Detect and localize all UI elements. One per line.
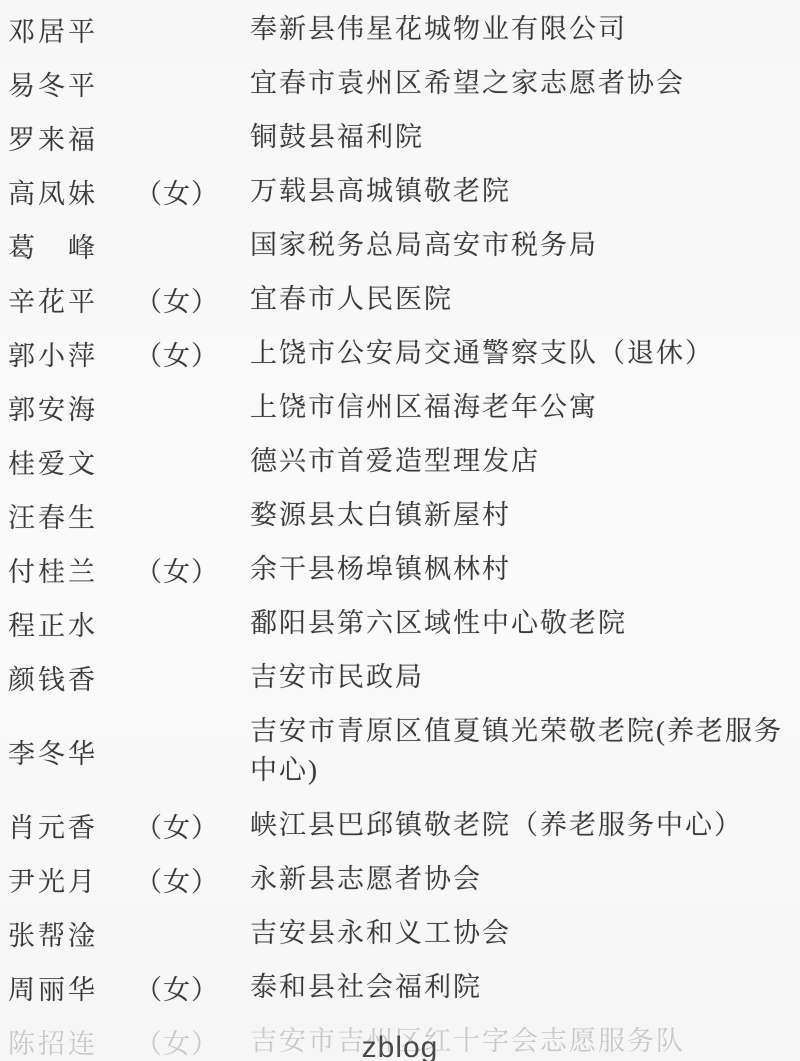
organization-name: 峡江县巴邱镇敬老院（养老服务中心）: [250, 806, 795, 845]
watermark: zblog: [362, 1031, 439, 1061]
person-name: 桂爱文: [8, 442, 135, 481]
organization-name: 上饶市公安局交通警察支队（退休）: [250, 334, 795, 373]
document-page: 邓居平 奉新县伟星花城物业有限公司 易冬平 宜春市袁州区希望之家志愿者协会 罗来…: [0, 0, 800, 1061]
list-row: 葛 峰 国家税务总局高安市税务局: [8, 218, 800, 272]
list-row: 付桂兰 （女） 余干县杨埠镇枫林村: [8, 542, 800, 596]
list-row: 桂爱文 德兴市首爱造型理发店: [8, 434, 800, 488]
organization-name: 德兴市首爱造型理发店: [250, 442, 795, 481]
organization-name: 吉安市民政局: [250, 658, 795, 697]
list-row: 肖元香 （女） 峡江县巴邱镇敬老院（养老服务中心）: [8, 798, 800, 852]
list-row: 颜钱香 吉安市民政局: [8, 650, 800, 704]
organization-name: 永新县志愿者协会: [250, 860, 795, 899]
person-name: 张帮淦: [8, 914, 135, 953]
list-row: 张帮淦 吉安县永和义工协会: [8, 906, 800, 960]
list-row: 郭小萍 （女） 上饶市公安局交通警察支队（退休）: [8, 326, 800, 380]
organization-name: 吉安市吉州区红十字会志愿服务队: [250, 1022, 795, 1061]
person-name: 郭安海: [8, 388, 135, 427]
list-row: 辛花平 （女） 宜春市人民医院: [8, 272, 800, 326]
gender-marker: （女）: [135, 172, 250, 211]
person-name: 程正水: [8, 604, 135, 643]
person-name: 陈招连: [8, 1022, 135, 1061]
list-row: 罗来福 铜鼓县福利院: [8, 110, 800, 164]
person-name: 辛花平: [8, 280, 135, 319]
gender-marker: （女）: [135, 280, 250, 319]
list-row: 尹光月 （女） 永新县志愿者协会: [8, 852, 800, 906]
organization-name: 万载县高城镇敬老院: [250, 172, 795, 211]
organization-name: 吉安县永和义工协会: [250, 914, 795, 953]
list-row: 李冬华 吉安市青原区值夏镇光荣敬老院(养老服务中心): [8, 704, 800, 798]
organization-name: 婺源县太白镇新屋村: [250, 496, 795, 535]
gender-marker: （女）: [135, 968, 250, 1007]
organization-name: 吉安市青原区值夏镇光荣敬老院(养老服务中心): [250, 712, 795, 790]
gender-marker: （女）: [135, 334, 250, 373]
list-row: 高凤妹 （女） 万载县高城镇敬老院: [8, 164, 800, 218]
list-row: 邓居平 奉新县伟星花城物业有限公司: [8, 2, 800, 56]
person-name: 汪春生: [8, 496, 135, 535]
rows-container: 邓居平 奉新县伟星花城物业有限公司 易冬平 宜春市袁州区希望之家志愿者协会 罗来…: [0, 0, 800, 1061]
list-row: 周丽华 （女） 泰和县社会福利院: [8, 960, 800, 1014]
person-name: 李冬华: [8, 732, 135, 771]
organization-name: 鄱阳县第六区域性中心敬老院: [250, 604, 795, 643]
gender-marker: （女）: [135, 806, 250, 845]
organization-name: 铜鼓县福利院: [250, 118, 795, 157]
organization-name: 宜春市袁州区希望之家志愿者协会: [250, 64, 795, 103]
list-row: 郭安海 上饶市信州区福海老年公寓: [8, 380, 800, 434]
person-name: 尹光月: [8, 860, 135, 899]
organization-name: 余干县杨埠镇枫林村: [250, 550, 795, 589]
person-name: 邓居平: [8, 10, 135, 49]
gender-marker: （女）: [135, 1022, 250, 1061]
organization-name: 国家税务总局高安市税务局: [250, 226, 795, 265]
list-row: 程正水 鄱阳县第六区域性中心敬老院: [8, 596, 800, 650]
list-row: 汪春生 婺源县太白镇新屋村: [8, 488, 800, 542]
person-name: 易冬平: [8, 64, 135, 103]
gender-marker: （女）: [135, 860, 250, 899]
list-row: 易冬平 宜春市袁州区希望之家志愿者协会: [8, 56, 800, 110]
person-name: 付桂兰: [8, 550, 135, 589]
person-name: 郭小萍: [8, 334, 135, 373]
gender-marker: （女）: [135, 550, 250, 589]
organization-name: 泰和县社会福利院: [250, 968, 795, 1007]
organization-name: 上饶市信州区福海老年公寓: [250, 388, 795, 427]
organization-name: 宜春市人民医院: [250, 280, 795, 319]
organization-name: 奉新县伟星花城物业有限公司: [250, 10, 795, 49]
person-name: 葛 峰: [8, 226, 135, 265]
person-name: 肖元香: [8, 806, 135, 845]
person-name: 周丽华: [8, 968, 135, 1007]
person-name: 颜钱香: [8, 658, 135, 697]
person-name: 罗来福: [8, 118, 135, 157]
person-name: 高凤妹: [8, 172, 135, 211]
